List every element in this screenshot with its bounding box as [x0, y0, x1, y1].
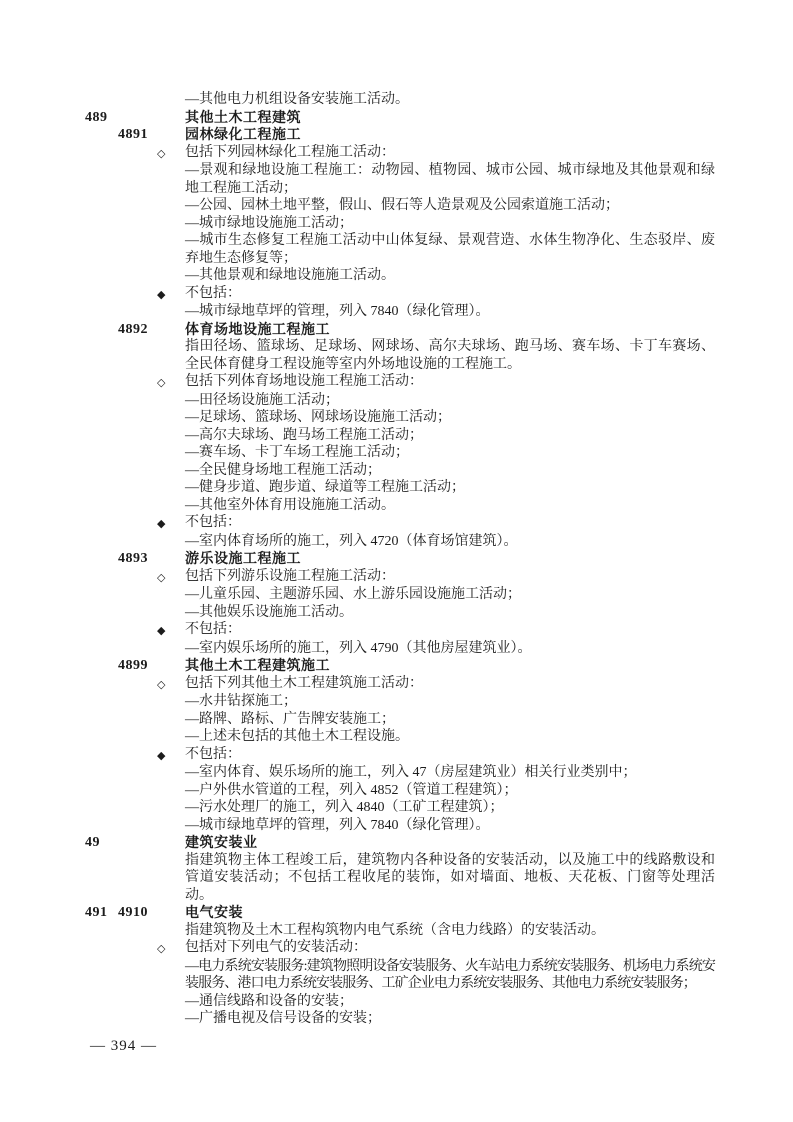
- entry-text: —赛车场、卡丁车场工程施工活动；: [185, 444, 715, 462]
- marker-placeholder: [157, 834, 185, 835]
- description-row: —室内体育场所的施工，列入 4720（体育场馆建筑）。: [0, 533, 793, 551]
- description-row: —田径场设施施工活动；: [0, 392, 793, 410]
- marker-placeholder: [157, 640, 185, 641]
- description-row: —污水处理厂的施工，列入 4840（工矿工程建筑）；: [0, 799, 793, 817]
- entry-text: 包括对下列电气的安装活动：: [185, 939, 715, 957]
- description-row: —其他电力机组设备安装施工活动。: [0, 91, 793, 109]
- marker-placeholder: [157, 409, 185, 410]
- description-row: —城市绿地草坪的管理，列入 7840（绿化管理）。: [0, 303, 793, 321]
- marker-placeholder: [157, 657, 185, 658]
- note-marker-row: ◆不包括：: [0, 514, 793, 533]
- description-row: —室内娱乐场所的施工，列入 4790（其他房屋建筑业）。: [0, 640, 793, 658]
- category-code: 489: [85, 109, 118, 127]
- note-marker-row: ◆不包括：: [0, 746, 793, 765]
- entry-text: 不包括：: [185, 621, 715, 639]
- entry-text: 体育场地设施工程施工: [185, 321, 715, 339]
- entry-text: 指田径场、篮球场、足球场、网球场、高尔夫球场、跑马场、赛车场、卡丁车赛场、全民体…: [185, 338, 715, 373]
- category-heading-row: 49建筑安装业: [0, 834, 793, 852]
- entry-text: —通信线路和设备的安装；: [185, 993, 715, 1011]
- description-row: —城市生态修复工程施工活动中山体复绿、景观营造、水体生物净化、生态驳岸、废弃地生…: [0, 232, 793, 267]
- entry-text: —公园、园林土地平整，假山、假石等人造景观及公园索道施工活动；: [185, 197, 715, 215]
- description-row: —城市绿地草坪的管理，列入 7840（绿化管理）。: [0, 817, 793, 835]
- marker-placeholder: [157, 993, 185, 994]
- marker-placeholder: [157, 799, 185, 800]
- description-row: —景观和绿地设施工程施工：动物园、植物园、城市公园、城市绿地及其他景观和绿地工程…: [0, 162, 793, 197]
- description-row: —广播电视及信号设备的安装；: [0, 1010, 793, 1028]
- excludes-diamond-icon: ◆: [157, 285, 185, 304]
- description-row: —足球场、篮球场、网球场设施施工活动；: [0, 409, 793, 427]
- marker-placeholder: [157, 1010, 185, 1011]
- marker-placeholder: [157, 232, 185, 233]
- entry-text: —城市绿地设施施工活动；: [185, 215, 715, 233]
- entry-text: —城市绿地草坪的管理，列入 7840（绿化管理）。: [185, 303, 715, 321]
- marker-placeholder: [157, 497, 185, 498]
- description-row: —电力系统安装服务:建筑物照明设备安装服务、火车站电力系统安装服务、机场电力系统…: [0, 958, 793, 993]
- entry-text: —室内娱乐场所的施工，列入 4790（其他房屋建筑业）。: [185, 640, 715, 658]
- description-row: —健身步道、跑步道、绿道等工程施工活动；: [0, 479, 793, 497]
- description-row: —其他娱乐设施施工活动。: [0, 604, 793, 622]
- category-heading-row: 4914910电气安装: [0, 904, 793, 922]
- entry-text: —上述未包括的其他土木工程设施。: [185, 728, 715, 746]
- note-marker-row: ◇包括下列游乐设施工程施工活动：: [0, 568, 793, 587]
- entry-text: —其他室外体育用设施施工活动。: [185, 497, 715, 515]
- subcategory-code: 4899: [118, 657, 157, 675]
- description-row: —水井钻探施工；: [0, 693, 793, 711]
- entry-text: —其他电力机组设备安装施工活动。: [185, 91, 715, 109]
- marker-placeholder: [157, 162, 185, 163]
- note-marker-row: ◇包括对下列电气的安装活动：: [0, 939, 793, 958]
- description-row: 指田径场、篮球场、足球场、网球场、高尔夫球场、跑马场、赛车场、卡丁车赛场、全民体…: [0, 338, 793, 373]
- entry-text: 不包括：: [185, 285, 715, 303]
- marker-placeholder: [157, 462, 185, 463]
- entry-text: 其他土木工程建筑: [185, 109, 715, 127]
- description-row: —室内体育、娱乐场所的施工，列入 47（房屋建筑业）相关行业类别中；: [0, 764, 793, 782]
- marker-placeholder: [157, 550, 185, 551]
- note-marker-row: ◆不包括：: [0, 621, 793, 640]
- description-row: —上述未包括的其他土木工程设施。: [0, 728, 793, 746]
- entry-text: —其他娱乐设施施工活动。: [185, 604, 715, 622]
- marker-placeholder: [157, 392, 185, 393]
- marker-placeholder: [157, 91, 185, 92]
- entry-text: —田径场设施施工活动；: [185, 392, 715, 410]
- marker-placeholder: [157, 764, 185, 765]
- includes-diamond-icon: ◇: [157, 568, 185, 587]
- entry-text: —其他景观和绿地设施施工活动。: [185, 267, 715, 285]
- description-row: —其他室外体育用设施施工活动。: [0, 497, 793, 515]
- entry-text: —室内体育、娱乐场所的施工，列入 47（房屋建筑业）相关行业类别中；: [185, 764, 715, 782]
- entry-text: —户外供水管道的工程，列入 4852（管道工程建筑）；: [185, 782, 715, 800]
- marker-placeholder: [157, 817, 185, 818]
- entry-text: 游乐设施工程施工: [185, 550, 715, 568]
- entry-text: —城市生态修复工程施工活动中山体复绿、景观营造、水体生物净化、生态驳岸、废弃地生…: [185, 232, 715, 267]
- description-row: —城市绿地设施施工活动；: [0, 215, 793, 233]
- description-row: —全民健身场地工程施工活动；: [0, 462, 793, 480]
- entry-text: 不包括：: [185, 514, 715, 532]
- description-row: 指建筑物主体工程竣工后，建筑物内各种设备的安装活动，以及施工中的线路敷设和管道安…: [0, 852, 793, 905]
- description-row: —儿童乐园、主题游乐园、水上游乐园设施施工活动；: [0, 586, 793, 604]
- entry-text: —城市绿地草坪的管理，列入 7840（绿化管理）。: [185, 817, 715, 835]
- entry-text: 包括下列园林绿化工程施工活动：: [185, 144, 715, 162]
- description-row: —其他景观和绿地设施施工活动。: [0, 267, 793, 285]
- entry-text: —路牌、路标、广告牌安装施工；: [185, 711, 715, 729]
- subcategory-code: 4891: [118, 126, 157, 144]
- marker-placeholder: [157, 586, 185, 587]
- category-code: 49: [85, 834, 118, 852]
- includes-diamond-icon: ◇: [157, 939, 185, 958]
- entry-text: —污水处理厂的施工，列入 4840（工矿工程建筑）；: [185, 799, 715, 817]
- description-row: —路牌、路标、广告牌安装施工；: [0, 711, 793, 729]
- subcategory-code: 4893: [118, 550, 157, 568]
- entry-text: 园林绿化工程施工: [185, 126, 715, 144]
- entry-text: 指建筑物主体工程竣工后，建筑物内各种设备的安装活动，以及施工中的线路敷设和管道安…: [185, 852, 715, 905]
- entry-text: 包括下列体育场地设施工程施工活动：: [185, 373, 715, 391]
- includes-diamond-icon: ◇: [157, 144, 185, 163]
- note-marker-row: ◆不包括：: [0, 285, 793, 304]
- marker-placeholder: [157, 321, 185, 322]
- entry-text: 包括下列其他土木工程建筑施工活动：: [185, 675, 715, 693]
- entry-text: 其他土木工程建筑施工: [185, 657, 715, 675]
- description-row: —公园、园林土地平整，假山、假石等人造景观及公园索道施工活动；: [0, 197, 793, 215]
- marker-placeholder: [157, 533, 185, 534]
- marker-placeholder: [157, 427, 185, 428]
- excludes-diamond-icon: ◆: [157, 514, 185, 533]
- entry-text: —足球场、篮球场、网球场设施施工活动；: [185, 409, 715, 427]
- category-heading-row: 4899其他土木工程建筑施工: [0, 657, 793, 675]
- marker-placeholder: [157, 852, 185, 853]
- description-row: 指建筑物及土木工程构筑物内电气系统（含电力线路）的安装活动。: [0, 922, 793, 940]
- marker-placeholder: [157, 904, 185, 905]
- entry-text: —儿童乐园、主题游乐园、水上游乐园设施施工活动；: [185, 586, 715, 604]
- entry-text: —室内体育场所的施工，列入 4720（体育场馆建筑）。: [185, 533, 715, 551]
- note-marker-row: ◇包括下列园林绿化工程施工活动：: [0, 144, 793, 163]
- marker-placeholder: [157, 444, 185, 445]
- description-row: —赛车场、卡丁车场工程施工活动；: [0, 444, 793, 462]
- subcategory-code: 4892: [118, 321, 157, 339]
- marker-placeholder: [157, 109, 185, 110]
- entry-text: —景观和绿地设施工程施工：动物园、植物园、城市公园、城市绿地及其他景观和绿地工程…: [185, 162, 715, 197]
- marker-placeholder: [157, 728, 185, 729]
- includes-diamond-icon: ◇: [157, 373, 185, 392]
- marker-placeholder: [157, 693, 185, 694]
- marker-placeholder: [157, 303, 185, 304]
- marker-placeholder: [157, 958, 185, 959]
- page-number: — 394 —: [90, 1038, 157, 1055]
- subcategory-code: 4910: [118, 904, 157, 922]
- description-row: —通信线路和设备的安装；: [0, 993, 793, 1011]
- category-heading-row: 4891园林绿化工程施工: [0, 126, 793, 144]
- marker-placeholder: [157, 197, 185, 198]
- marker-placeholder: [157, 126, 185, 127]
- entry-text: —健身步道、跑步道、绿道等工程施工活动；: [185, 479, 715, 497]
- entry-text: —电力系统安装服务:建筑物照明设备安装服务、火车站电力系统安装服务、机场电力系统…: [185, 958, 715, 993]
- classification-entries: —其他电力机组设备安装施工活动。489其他土木工程建筑4891园林绿化工程施工◇…: [0, 91, 793, 1028]
- entry-text: 不包括：: [185, 746, 715, 764]
- entry-text: 电气安装: [185, 904, 715, 922]
- marker-placeholder: [157, 215, 185, 216]
- includes-diamond-icon: ◇: [157, 675, 185, 694]
- excludes-diamond-icon: ◆: [157, 746, 185, 765]
- description-row: —户外供水管道的工程，列入 4852（管道工程建筑）；: [0, 782, 793, 800]
- entry-text: —高尔夫球场、跑马场工程施工活动；: [185, 427, 715, 445]
- entry-text: 指建筑物及土木工程构筑物内电气系统（含电力线路）的安装活动。: [185, 922, 715, 940]
- marker-placeholder: [157, 338, 185, 339]
- description-row: —高尔夫球场、跑马场工程施工活动；: [0, 427, 793, 445]
- marker-placeholder: [157, 922, 185, 923]
- marker-placeholder: [157, 479, 185, 480]
- entry-text: 包括下列游乐设施工程施工活动：: [185, 568, 715, 586]
- entry-text: —广播电视及信号设备的安装；: [185, 1010, 715, 1028]
- excludes-diamond-icon: ◆: [157, 621, 185, 640]
- note-marker-row: ◇包括下列体育场地设施工程施工活动：: [0, 373, 793, 392]
- entry-text: 建筑安装业: [185, 834, 715, 852]
- category-heading-row: 489其他土木工程建筑: [0, 109, 793, 127]
- category-heading-row: 4892体育场地设施工程施工: [0, 321, 793, 339]
- entry-text: —全民健身场地工程施工活动；: [185, 462, 715, 480]
- entry-text: —水井钻探施工；: [185, 693, 715, 711]
- category-code: 491: [85, 904, 118, 922]
- note-marker-row: ◇包括下列其他土木工程建筑施工活动：: [0, 675, 793, 694]
- category-heading-row: 4893游乐设施工程施工: [0, 550, 793, 568]
- marker-placeholder: [157, 711, 185, 712]
- marker-placeholder: [157, 604, 185, 605]
- marker-placeholder: [157, 782, 185, 783]
- marker-placeholder: [157, 267, 185, 268]
- document-page: —其他电力机组设备安装施工活动。489其他土木工程建筑4891园林绿化工程施工◇…: [0, 0, 793, 1122]
